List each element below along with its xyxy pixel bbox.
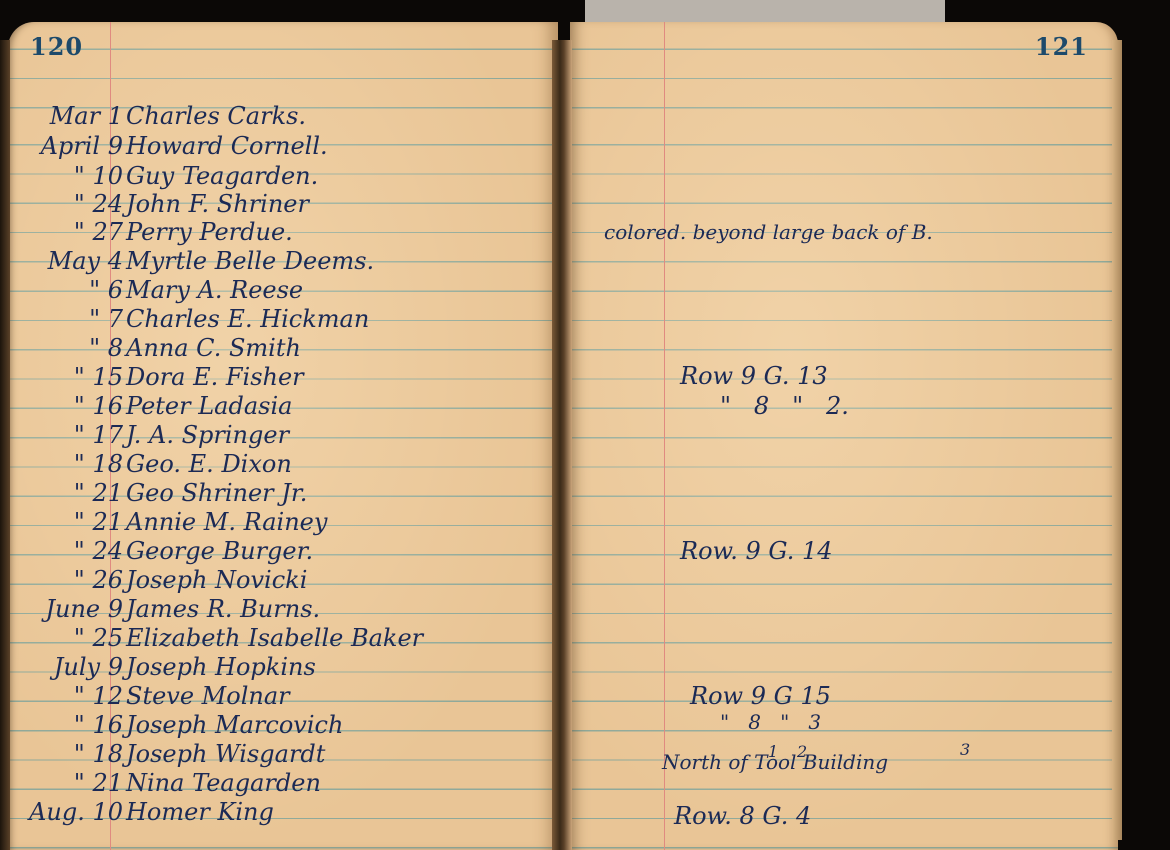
entry-name: Mary A. Reese	[126, 276, 303, 304]
entry-date: " 21	[18, 769, 123, 797]
list-item: " 18 Joseph Wisgardt	[8, 740, 548, 769]
entry-name: Joseph Novicki	[126, 566, 307, 594]
entry-date: " 18	[18, 450, 123, 478]
book-cover-edge-left	[0, 40, 10, 850]
entry-name: Peter Ladasia	[126, 392, 292, 420]
page-number-right: 121	[1035, 32, 1088, 61]
entry-date: " 6	[18, 276, 123, 304]
list-item: " 24 John F. Shriner	[8, 190, 548, 219]
list-item: " 7 Charles E. Hickman	[8, 305, 548, 334]
list-item: " 21 Nina Teagarden	[8, 769, 548, 798]
list-item: " 18 Geo. E. Dixon	[8, 450, 548, 479]
entry-name: Guy Teagarden.	[126, 162, 318, 190]
entry-date: " 15	[18, 363, 123, 391]
page-stack-edge-right	[1112, 40, 1122, 840]
right-page: 121 colored. beyond large back of B. Row…	[570, 22, 1118, 850]
entry-date: April 9	[18, 132, 123, 160]
list-item: " 12 Steve Molnar	[8, 682, 548, 711]
entry-date: " 21	[18, 479, 123, 507]
list-item: " 25 Elizabeth Isabelle Baker	[8, 624, 548, 653]
entry-name: George Burger.	[126, 537, 313, 565]
entry-date: " 27	[18, 218, 123, 246]
note-colored: colored. beyond large back of B.	[604, 220, 933, 244]
entry-name: Geo Shriner Jr.	[126, 479, 307, 507]
list-item: May 4 Myrtle Belle Deems.	[8, 247, 548, 276]
entry-name: John F. Shriner	[126, 190, 309, 218]
grave-location: " 8 " 2.	[720, 392, 849, 420]
list-item: Aug. 10 Homer King	[8, 798, 548, 827]
entry-date: " 16	[18, 711, 123, 739]
list-item: Mar 1 Charles Carks.	[8, 102, 548, 131]
entry-date: May 4	[18, 247, 123, 275]
list-item: " 27 Perry Perdue.	[8, 218, 548, 247]
superscript-mark: 3	[960, 740, 970, 759]
entry-date: " 24	[18, 537, 123, 565]
entry-name: Dora E. Fisher	[126, 363, 304, 391]
superscript-mark: 1	[768, 742, 778, 761]
entry-date: " 25	[18, 624, 123, 652]
list-item: " 8 Anna C. Smith	[8, 334, 548, 363]
entry-name: Geo. E. Dixon	[126, 450, 292, 478]
grave-location: Row. 8 G. 4	[674, 802, 811, 830]
entry-name: Elizabeth Isabelle Baker	[126, 624, 423, 652]
list-item: April 9 Howard Cornell.	[8, 132, 548, 161]
entry-name: Charles E. Hickman	[126, 305, 369, 333]
left-page: 120 Mar 1 Charles Carks. April 9 Howard …	[8, 22, 558, 850]
entry-date: Mar 1	[18, 102, 123, 130]
entry-date: " 8	[18, 334, 123, 362]
list-item: " 26 Joseph Novicki	[8, 566, 548, 595]
entry-date: Aug. 10	[18, 798, 123, 826]
page-number-left: 120	[30, 32, 83, 61]
entry-name: Annie M. Rainey	[126, 508, 327, 536]
paper-tab-strip	[585, 0, 945, 22]
entry-date: " 24	[18, 190, 123, 218]
entry-name: J. A. Springer	[126, 421, 289, 449]
entry-name: Joseph Marcovich	[126, 711, 343, 739]
entry-date: " 12	[18, 682, 123, 710]
list-item: " 24 George Burger.	[8, 537, 548, 566]
list-item: " 15 Dora E. Fisher	[8, 363, 548, 392]
list-item: " 21 Annie M. Rainey	[8, 508, 548, 537]
grave-location: Row 9 G. 13	[680, 362, 828, 390]
entry-name: James R. Burns.	[126, 595, 320, 623]
entry-name: Anna C. Smith	[126, 334, 301, 362]
list-item: " 21 Geo Shriner Jr.	[8, 479, 548, 508]
list-item: " 16 Peter Ladasia	[8, 392, 548, 421]
entry-name: Homer King	[126, 798, 274, 826]
entry-date: " 7	[18, 305, 123, 333]
entry-date: July 9	[18, 653, 123, 681]
entry-date: " 10	[18, 162, 123, 190]
entry-name: Charles Carks.	[126, 102, 306, 130]
list-item: " 10 Guy Teagarden.	[8, 162, 548, 191]
entry-name: Joseph Wisgardt	[126, 740, 325, 768]
grave-location: Row 9 G 15	[690, 682, 831, 710]
grave-location: " 8 " 3	[720, 710, 821, 734]
entry-date: " 26	[18, 566, 123, 594]
entry-date: " 21	[18, 508, 123, 536]
entry-name: Steve Molnar	[126, 682, 290, 710]
book-spine	[552, 40, 572, 850]
entry-name: Joseph Hopkins	[126, 653, 316, 681]
margin-line	[664, 22, 665, 850]
entry-name: Howard Cornell.	[126, 132, 328, 160]
entry-name: Nina Teagarden	[126, 769, 321, 797]
list-item: " 17 J. A. Springer	[8, 421, 548, 450]
entry-date: " 17	[18, 421, 123, 449]
entry-date: " 18	[18, 740, 123, 768]
list-item: June 9 James R. Burns.	[8, 595, 548, 624]
list-item: July 9 Joseph Hopkins	[8, 653, 548, 682]
superscript-mark: 2	[797, 742, 807, 761]
grave-location: Row. 9 G. 14	[680, 537, 832, 565]
entry-name: Myrtle Belle Deems.	[126, 247, 374, 275]
entry-date: " 16	[18, 392, 123, 420]
entry-name: Perry Perdue.	[126, 218, 293, 246]
entry-date: June 9	[18, 595, 123, 623]
list-item: " 6 Mary A. Reese	[8, 276, 548, 305]
list-item: " 16 Joseph Marcovich	[8, 711, 548, 740]
